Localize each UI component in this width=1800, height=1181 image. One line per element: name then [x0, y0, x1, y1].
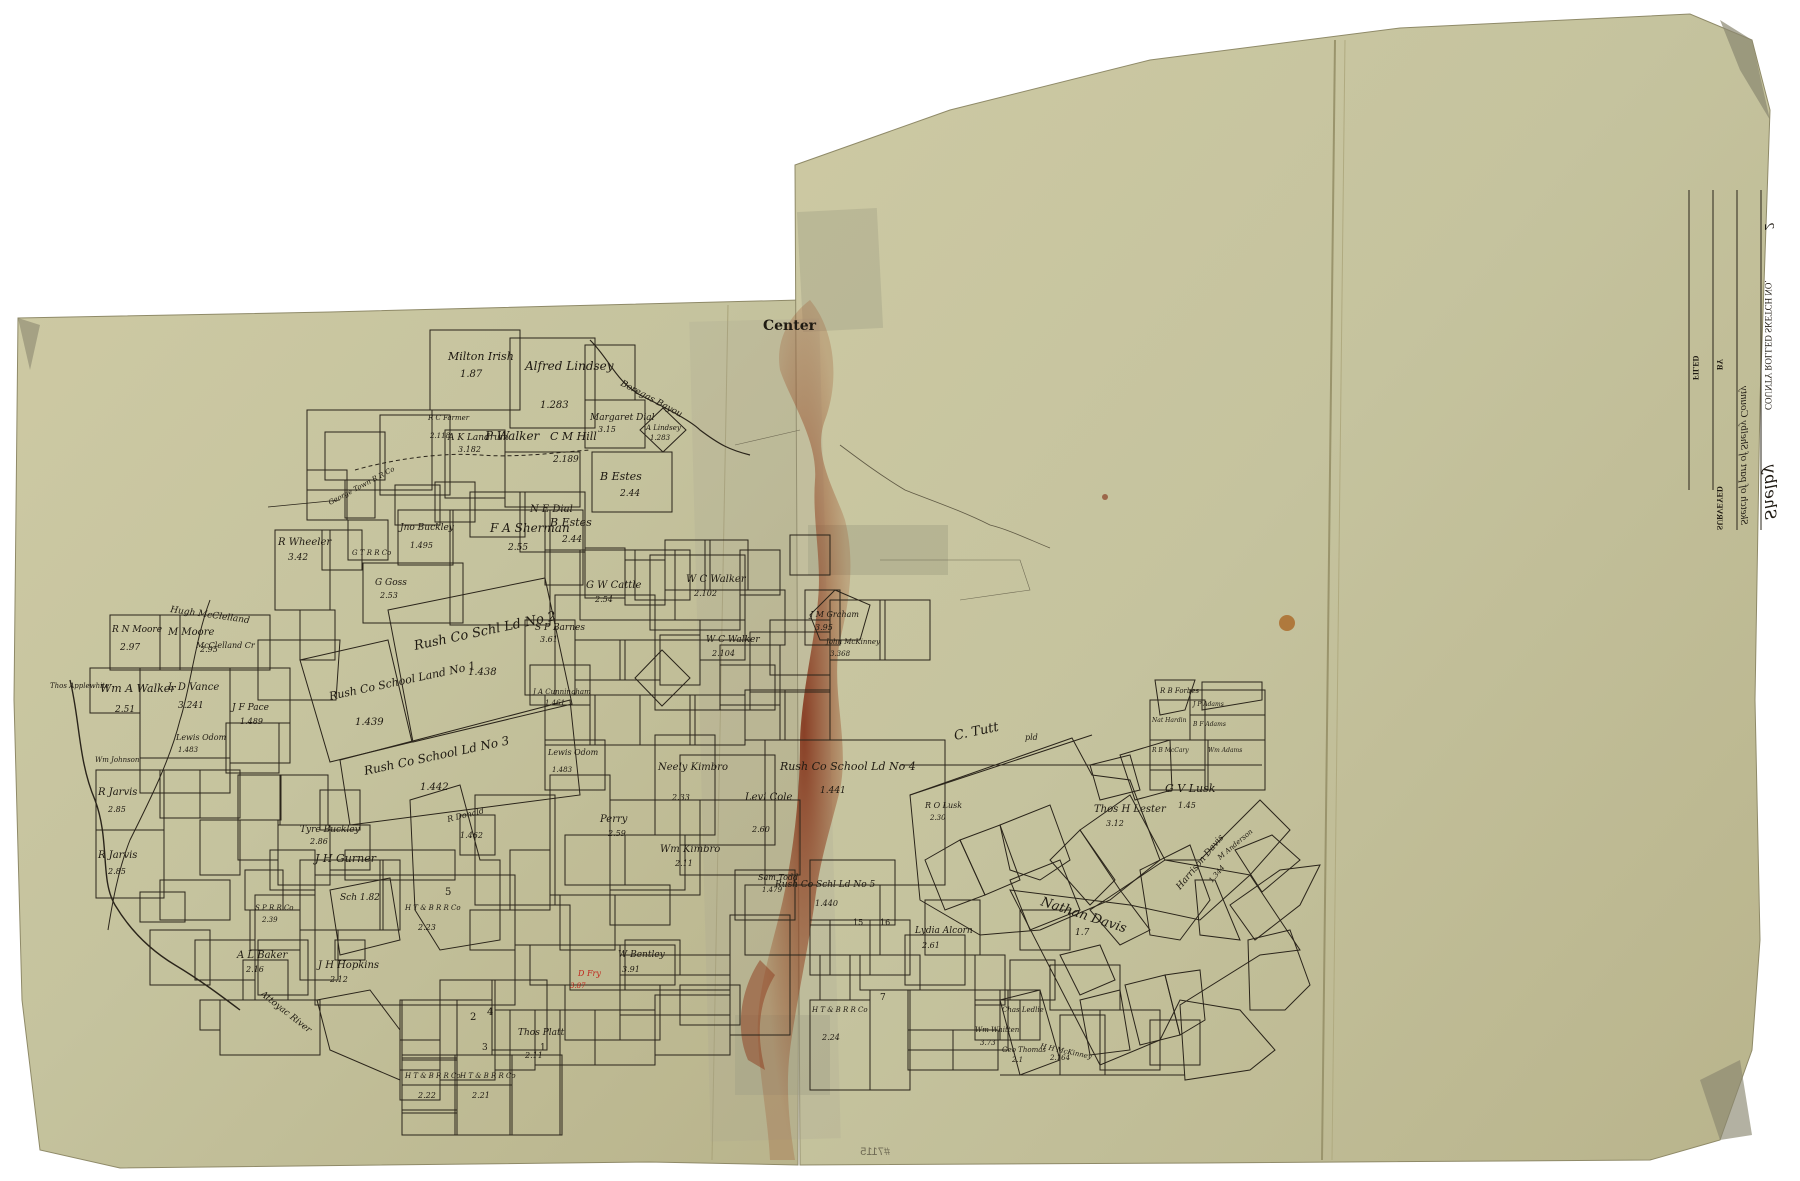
- title-description: Sketch of part of Shelby County: [1738, 386, 1750, 525]
- svg-text:Wm Johnson: Wm Johnson: [95, 756, 140, 764]
- svg-text:2.33: 2.33: [671, 793, 690, 802]
- svg-text:2.59: 2.59: [607, 829, 626, 838]
- svg-text:1.479: 1.479: [762, 886, 783, 894]
- svg-text:2.24: 2.24: [821, 1033, 840, 1042]
- svg-text:2.51: 2.51: [114, 705, 135, 715]
- svg-text:C M Hill: C M Hill: [550, 430, 597, 443]
- left-sheet: [14, 300, 800, 1168]
- svg-text:2.104: 2.104: [711, 649, 735, 658]
- svg-text:Thos Applewhite: Thos Applewhite: [50, 682, 109, 690]
- svg-text:15: 15: [853, 918, 863, 927]
- svg-text:2.44: 2.44: [619, 489, 640, 499]
- svg-text:W C Walker: W C Walker: [686, 574, 747, 585]
- svg-text:3: 3: [482, 1043, 488, 1053]
- svg-text:Lewis Odom: Lewis Odom: [175, 733, 227, 742]
- svg-text:2.95: 2.95: [199, 645, 218, 654]
- svg-text:H T & B R R Co: H T & B R R Co: [404, 1072, 461, 1080]
- svg-text:4: 4: [487, 1007, 493, 1018]
- map-canvas: Center Boregas Bayou McClelland Cr Attoy…: [0, 0, 1800, 1181]
- svg-text:B F Adams: B F Adams: [1192, 721, 1226, 728]
- svg-text:Nat Hardin: Nat Hardin: [1151, 717, 1187, 724]
- svg-text:2.11: 2.11: [674, 859, 693, 868]
- svg-text:1.7: 1.7: [1075, 928, 1090, 938]
- svg-text:Chas Ledlie: Chas Ledlie: [1002, 1006, 1044, 1014]
- svg-text:Thos Platt: Thos Platt: [518, 1028, 565, 1038]
- right-sheet: [795, 14, 1770, 1165]
- svg-text:3.73: 3.73: [980, 1039, 996, 1047]
- svg-text:B Estes: B Estes: [599, 470, 642, 483]
- svg-text:A Lindsey: A Lindsey: [645, 424, 682, 432]
- svg-text:2.164: 2.164: [1049, 1054, 1070, 1062]
- svg-text:2.85: 2.85: [107, 867, 126, 876]
- svg-text:L D Vance: L D Vance: [167, 682, 219, 693]
- svg-text:R Jarvis: R Jarvis: [97, 787, 137, 798]
- svg-text:pld: pld: [1025, 733, 1038, 742]
- svg-text:2.85: 2.85: [107, 805, 126, 814]
- svg-text:1.441: 1.441: [820, 786, 846, 796]
- svg-text:R Jarvis: R Jarvis: [97, 850, 137, 861]
- svg-text:1.283: 1.283: [540, 400, 569, 411]
- svg-text:Tyre Buckley: Tyre Buckley: [300, 825, 361, 835]
- svg-text:J H Hopkins: J H Hopkins: [316, 960, 379, 971]
- svg-text:R Wheeler: R Wheeler: [277, 537, 332, 548]
- svg-text:Wm A Walker: Wm A Walker: [100, 682, 176, 695]
- svg-text:2.102: 2.102: [693, 589, 717, 598]
- svg-text:M Moore: M Moore: [167, 627, 214, 638]
- svg-text:R B McCary: R B McCary: [1151, 747, 1189, 754]
- svg-text:2.30: 2.30: [929, 814, 946, 822]
- svg-text:2.44: 2.44: [561, 535, 582, 545]
- svg-text:3.241: 3.241: [178, 701, 204, 711]
- svg-text:Wm Adams: Wm Adams: [1208, 747, 1242, 754]
- svg-text:2.16: 2.16: [245, 965, 264, 974]
- svg-text:J P Adams: J P Adams: [1191, 701, 1224, 708]
- svg-text:1.483: 1.483: [552, 766, 573, 774]
- svg-text:1.462: 1.462: [460, 831, 483, 840]
- svg-text:G Goss: G Goss: [375, 578, 407, 588]
- title-county: Shelby: [1761, 464, 1780, 520]
- svg-text:R N Moore: R N Moore: [111, 625, 162, 635]
- svg-text:1.489: 1.489: [240, 717, 263, 726]
- svg-text:G T R R Co: G T R R Co: [352, 549, 391, 557]
- svg-text:3.12: 3.12: [1106, 819, 1124, 828]
- svg-text:2.39: 2.39: [261, 916, 278, 924]
- svg-text:Lydia Alcorn: Lydia Alcorn: [914, 926, 973, 936]
- accession-note: #7115: [860, 1146, 890, 1158]
- svg-text:1.87: 1.87: [460, 369, 483, 380]
- svg-text:3.182: 3.182: [458, 445, 481, 454]
- stain-spot: [1279, 615, 1295, 631]
- svg-text:2.60: 2.60: [751, 825, 770, 834]
- town-label-center: Center: [763, 318, 817, 334]
- svg-text:1.495: 1.495: [410, 541, 433, 550]
- svg-text:2: 2: [470, 1012, 476, 1023]
- svg-text:Jno Buckley: Jno Buckley: [398, 523, 455, 533]
- svg-text:2.55: 2.55: [507, 543, 528, 553]
- svg-text:Milton Irish: Milton Irish: [447, 350, 514, 363]
- svg-text:J M Graham: J M Graham: [808, 610, 859, 619]
- svg-text:3.95: 3.95: [815, 623, 833, 632]
- svg-text:3.15: 3.15: [598, 425, 616, 434]
- svg-text:2.22: 2.22: [417, 1091, 436, 1100]
- svg-text:2.97: 2.97: [119, 643, 140, 653]
- svg-text:W C Walker: W C Walker: [706, 635, 760, 645]
- svg-text:3.42: 3.42: [288, 553, 308, 563]
- svg-text:Levi Cole: Levi Cole: [744, 792, 792, 803]
- svg-text:1.45: 1.45: [1178, 801, 1196, 810]
- svg-text:1.283: 1.283: [650, 434, 671, 442]
- stain-spot: [1102, 494, 1108, 500]
- svg-text:Perry: Perry: [599, 814, 628, 825]
- svg-text:Geo Thomas: Geo Thomas: [1002, 1046, 1046, 1054]
- svg-text:Alfred Lindsey: Alfred Lindsey: [524, 359, 614, 373]
- svg-text:R B Forbes: R B Forbes: [1159, 687, 1200, 695]
- svg-text:J H Gurner: J H Gurner: [313, 852, 377, 865]
- title-sketch-number: 2: [1761, 223, 1776, 230]
- svg-text:F A Sherman: F A Sherman: [489, 521, 570, 535]
- svg-text:H T & B R R Co: H T & B R R Co: [811, 1006, 868, 1014]
- svg-text:1.461: 1.461: [545, 699, 565, 707]
- svg-text:Thos H Lester: Thos H Lester: [1094, 804, 1167, 815]
- svg-text:1.442: 1.442: [420, 782, 449, 793]
- svg-text:Lewis Odom: Lewis Odom: [547, 748, 599, 757]
- svg-text:G W Cattle: G W Cattle: [586, 580, 641, 591]
- svg-text:2.86: 2.86: [309, 837, 328, 846]
- svg-text:2.54: 2.54: [594, 595, 613, 604]
- svg-text:S P Barnes: S P Barnes: [535, 623, 585, 633]
- svg-text:Wm Kimbro: Wm Kimbro: [660, 844, 720, 855]
- svg-text:Wm Whitten: Wm Whitten: [975, 1026, 1020, 1034]
- svg-text:1.440: 1.440: [815, 899, 838, 908]
- svg-text:2.23: 2.23: [417, 923, 436, 932]
- svg-text:Sch 1.82: Sch 1.82: [340, 893, 380, 903]
- svg-text:R C Farmer: R C Farmer: [427, 414, 470, 422]
- svg-text:J A Cunningham: J A Cunningham: [531, 688, 591, 696]
- svg-text:Neely Kimbro: Neely Kimbro: [657, 762, 728, 773]
- svg-text:16: 16: [880, 918, 890, 927]
- svg-text:3.87: 3.87: [570, 982, 586, 990]
- title-by-label: BY: [1715, 359, 1724, 370]
- svg-text:W Bentley: W Bentley: [618, 950, 666, 960]
- svg-text:N E Dial: N E Dial: [529, 504, 573, 515]
- title-block: Shelby COUNTY ROLLED SKETCH NO. 2 Sketch…: [1625, 130, 1785, 550]
- svg-text:2.189: 2.189: [552, 455, 579, 465]
- svg-text:A L Baker: A L Baker: [236, 950, 289, 961]
- svg-text:Rush Co School Ld No 4: Rush Co School Ld No 4: [779, 760, 916, 773]
- svg-text:7: 7: [880, 993, 886, 1003]
- svg-text:3.61: 3.61: [540, 635, 558, 644]
- svg-text:3.368: 3.368: [830, 650, 851, 658]
- title-rolled-sketch: COUNTY ROLLED SKETCH NO.: [1763, 280, 1773, 410]
- svg-text:Sam Todd: Sam Todd: [758, 873, 798, 882]
- svg-text:3.91: 3.91: [622, 965, 640, 974]
- svg-text:John McKinney: John McKinney: [824, 638, 881, 646]
- svg-text:Margaret Dial: Margaret Dial: [589, 413, 655, 423]
- svg-text:D Fry: D Fry: [577, 969, 601, 978]
- svg-text:2.53: 2.53: [379, 591, 398, 600]
- title-filed-label: FILED: [1691, 355, 1700, 380]
- title-surveyed-label: SURVEYED: [1715, 486, 1724, 530]
- svg-text:2.12: 2.12: [329, 975, 348, 984]
- svg-text:1.483: 1.483: [178, 746, 199, 754]
- svg-text:P Walker: P Walker: [484, 429, 541, 443]
- svg-text:S P R R Co: S P R R Co: [255, 904, 294, 912]
- svg-text:2.61: 2.61: [921, 941, 940, 950]
- map-paper: Center Boregas Bayou McClelland Cr Attoy…: [0, 0, 1800, 1181]
- svg-text:2.21: 2.21: [471, 1091, 490, 1100]
- svg-text:H T & B R R Co: H T & B R R Co: [404, 904, 461, 912]
- svg-text:2.1: 2.1: [1011, 1056, 1023, 1064]
- svg-text:J F Pace: J F Pace: [230, 703, 269, 713]
- svg-text:H T & B R R Co: H T & B R R Co: [459, 1072, 516, 1080]
- svg-text:5: 5: [445, 887, 451, 898]
- svg-text:G V Lusk: G V Lusk: [1165, 782, 1216, 795]
- svg-text:R O Lusk: R O Lusk: [924, 801, 962, 810]
- svg-text:1: 1: [540, 1043, 546, 1053]
- svg-text:1.439: 1.439: [355, 717, 384, 728]
